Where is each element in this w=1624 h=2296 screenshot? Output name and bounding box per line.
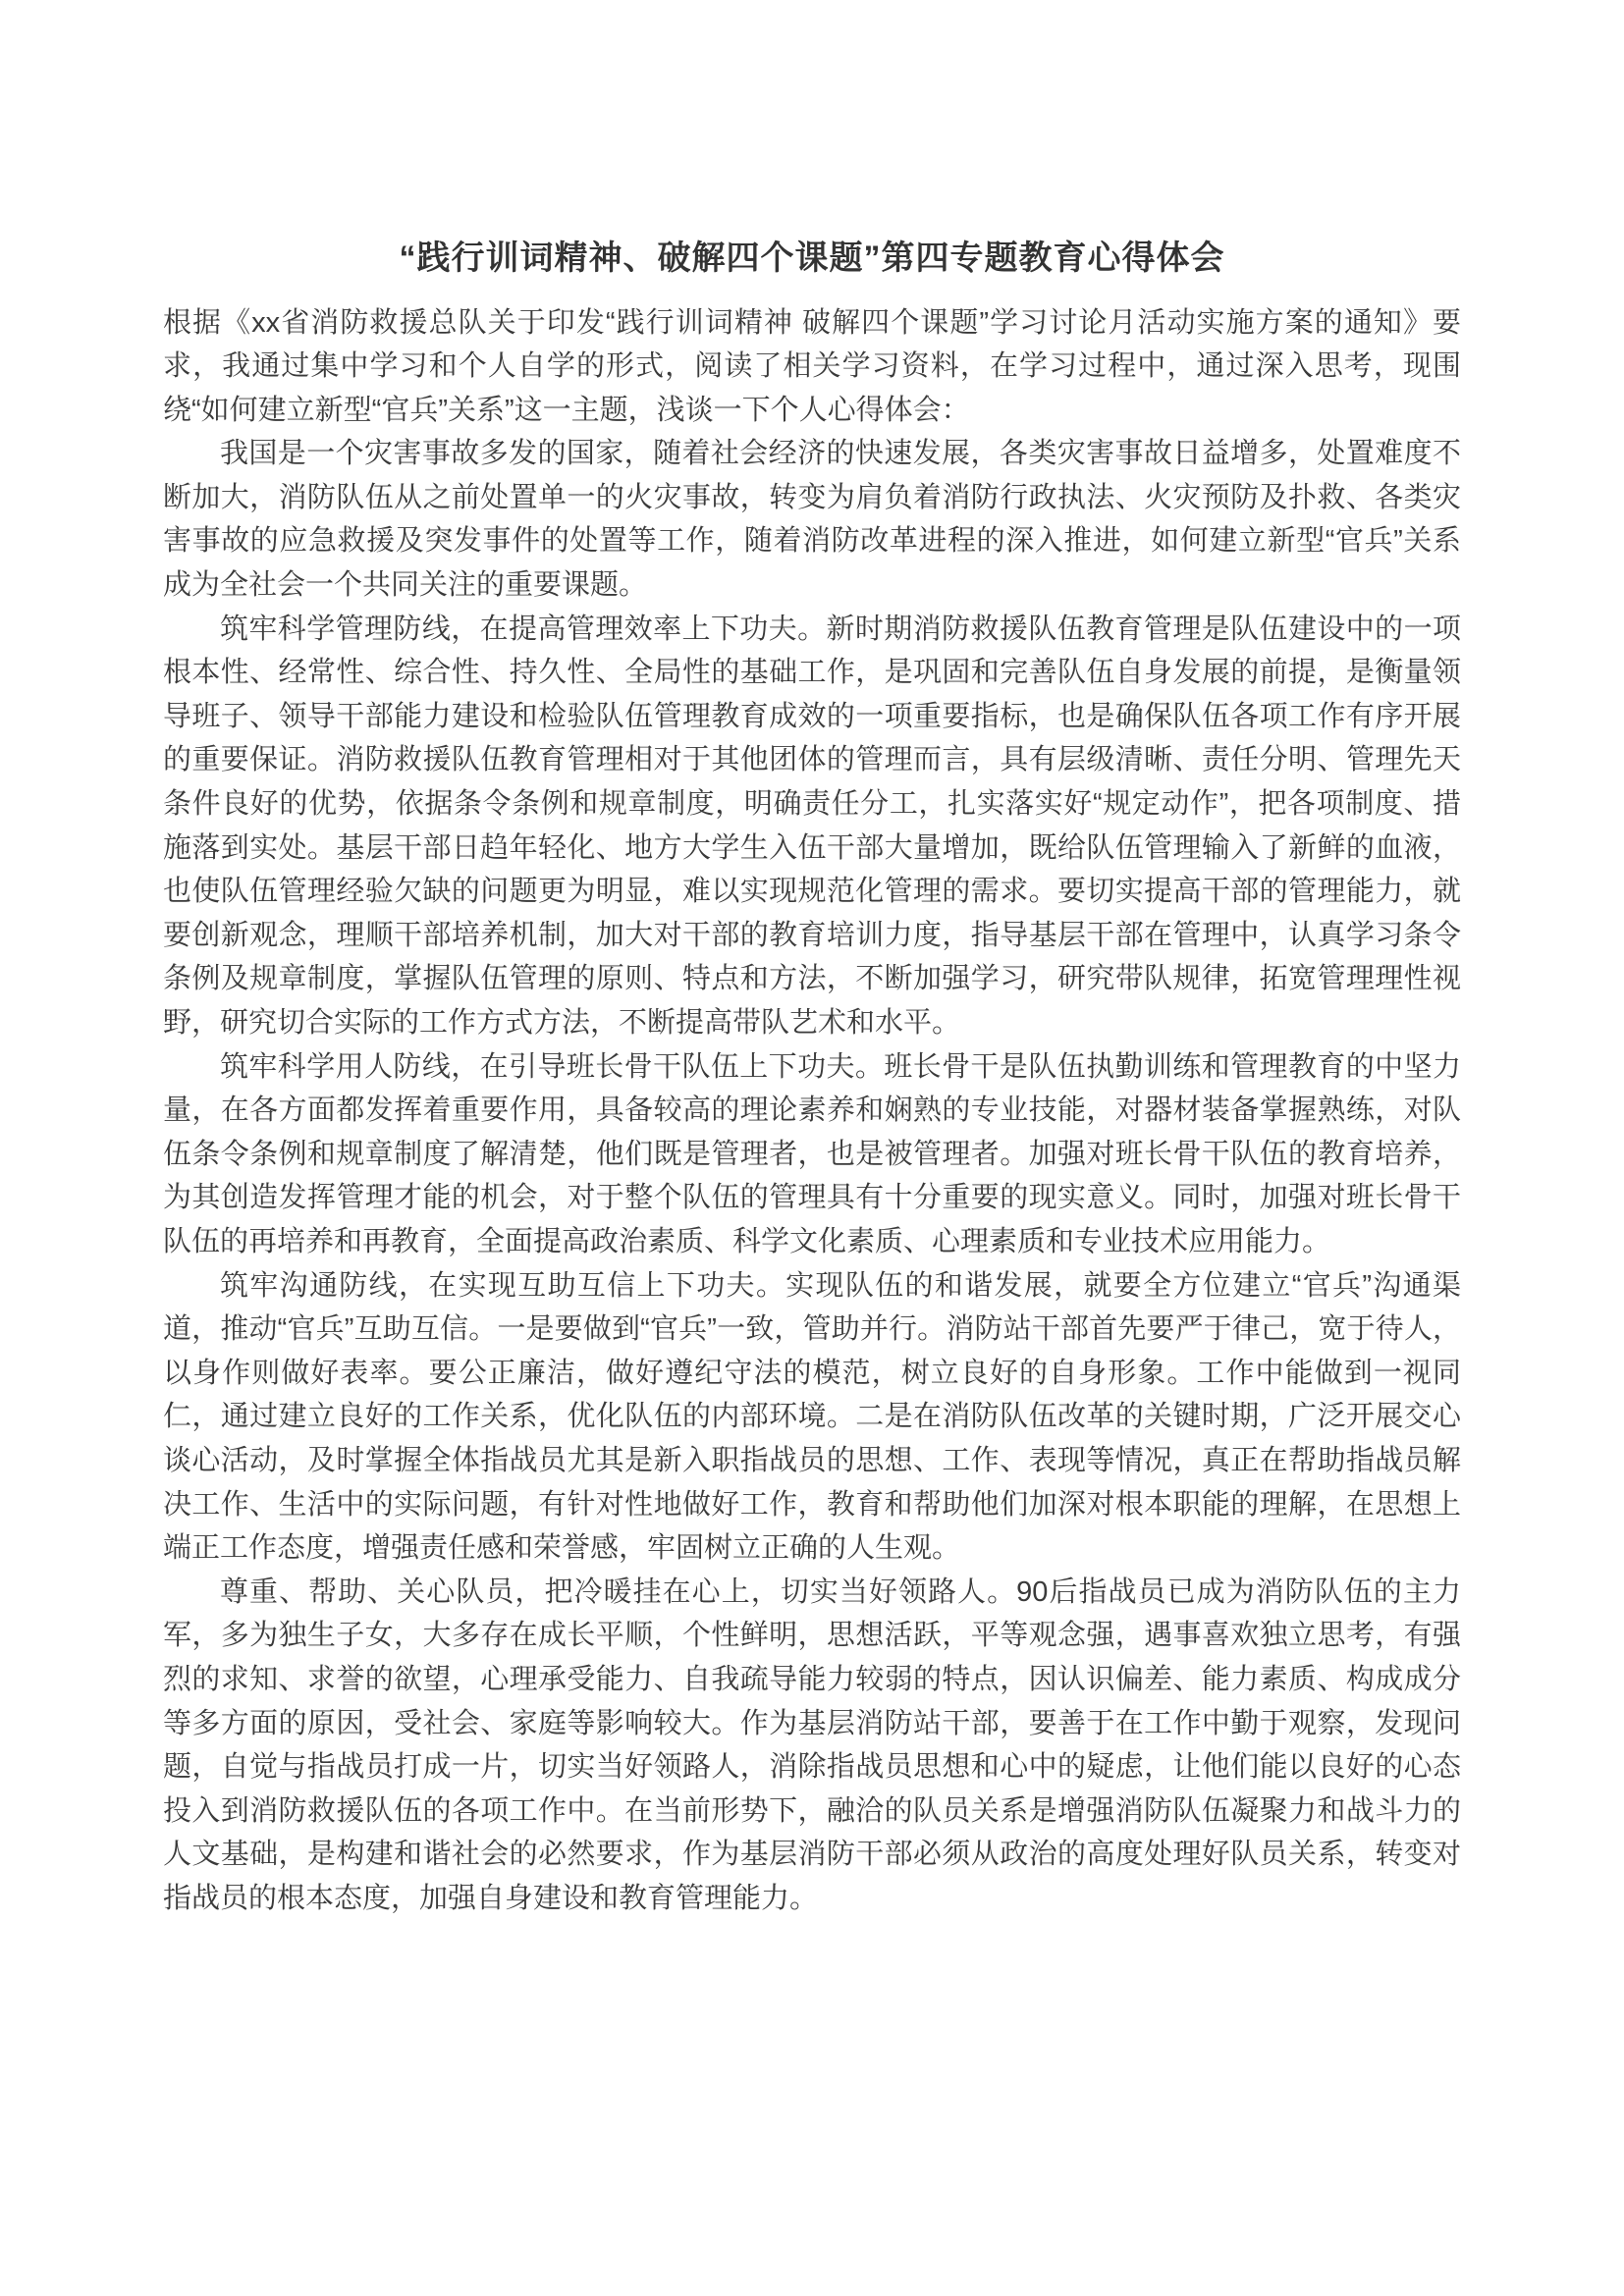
paragraph: 根据《xx省消防救援总队关于印发“践行训词精神 破解四个课题”学习讨论月活动实施…	[163, 301, 1461, 433]
paragraph: 筑牢科学管理防线，在提高管理效率上下功夫。新时期消防救援队伍教育管理是队伍建设中…	[163, 608, 1461, 1045]
document-body: 根据《xx省消防救援总队关于印发“践行训词精神 破解四个课题”学习讨论月活动实施…	[163, 301, 1461, 1921]
paragraph: 我国是一个灾害事故多发的国家，随着社会经济的快速发展，各类灾害事故日益增多，处置…	[163, 432, 1461, 607]
paragraph: 尊重、帮助、关心队员，把冷暖挂在心上，切实当好领路人。90后指战员已成为消防队伍…	[163, 1571, 1461, 1921]
paragraph: 筑牢科学用人防线，在引导班长骨干队伍上下功夫。班长骨干是队伍执勤训练和管理教育的…	[163, 1045, 1461, 1264]
document-title: “践行训词精神、破解四个课题”第四专题教育心得体会	[163, 238, 1461, 280]
document-page: “践行训词精神、破解四个课题”第四专题教育心得体会 根据《xx省消防救援总队关于…	[0, 0, 1624, 2296]
paragraph: 筑牢沟通防线，在实现互助互信上下功夫。实现队伍的和谐发展，就要全方位建立“官兵”…	[163, 1264, 1461, 1571]
